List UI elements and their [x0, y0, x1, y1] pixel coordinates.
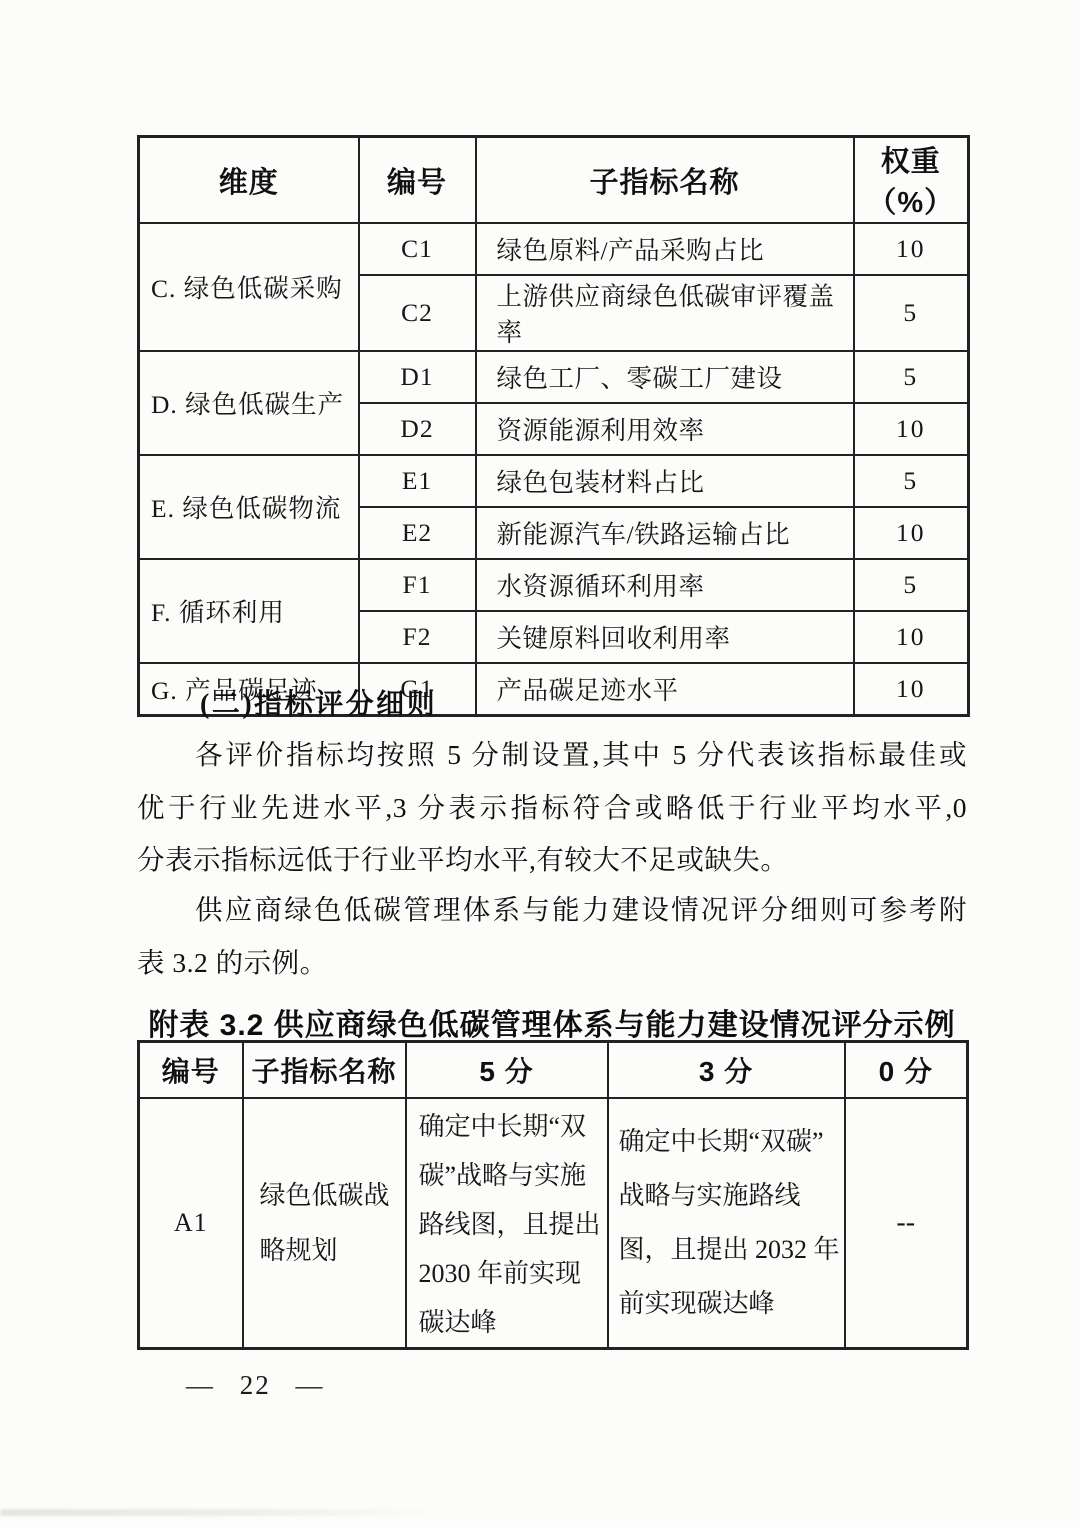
indicator-weight-table: 维度 编号 子指标名称 权重（%） C. 绿色低碳采购C1绿色原料/产品采购占比…: [137, 135, 970, 717]
weight-cell: 5: [854, 455, 969, 507]
scan-smudge-artifact: [0, 1509, 440, 1516]
indicator-name-cell: 产品碳足迹水平: [476, 663, 854, 715]
cell-line: 绿色低碳战: [260, 1168, 404, 1223]
cell-line: 碳达峰: [419, 1298, 605, 1347]
body-text-line: 表 3.2 的示例。: [137, 937, 967, 990]
table2-body: A1绿色低碳战略规划确定中长期“双碳”战略与实施路线图，且提出2030 年前实现…: [139, 1098, 968, 1349]
col-header-code: 编号: [359, 137, 476, 224]
dimension-cell: F. 循环利用: [139, 559, 359, 663]
code-cell: E1: [359, 455, 476, 507]
cell-line: 路线图，且提出: [419, 1200, 605, 1249]
weight-cell: 10: [854, 223, 969, 275]
weight-cell: 5: [854, 351, 969, 403]
code-cell: C1: [359, 223, 476, 275]
indicator-row: D. 绿色低碳生产D1绿色工厂、零碳工厂建设5: [139, 351, 969, 403]
indicator-row: C. 绿色低碳采购C1绿色原料/产品采购占比10: [139, 223, 969, 275]
indicator-name-cell: 资源能源利用效率: [476, 403, 854, 455]
col-header-weight: 权重（%）: [854, 137, 969, 224]
indicator-name-cell: 水资源循环利用率: [476, 559, 854, 611]
weight-cell: 5: [854, 275, 969, 351]
paragraph-reference-note: 供应商绿色低碳管理体系与能力建设情况评分细则可参考附表 3.2 的示例。: [137, 884, 967, 989]
table2-header-row: 编号 子指标名称 5 分 3 分 0 分: [139, 1042, 968, 1098]
cell-line: 碳”战略与实施: [419, 1151, 605, 1200]
cell-line: 图，且提出 2032 年: [619, 1223, 842, 1277]
weight-cell: 10: [854, 507, 969, 559]
code-cell: E2: [359, 507, 476, 559]
weight-cell: 10: [854, 611, 969, 663]
weight-cell: 10: [854, 403, 969, 455]
weight-cell: 10: [854, 663, 969, 715]
weight-cell: 5: [854, 559, 969, 611]
indicator-name-cell: 绿色原料/产品采购占比: [476, 223, 854, 275]
col-header-score3: 3 分: [608, 1042, 845, 1098]
indicator-name-cell: 绿色包装材料占比: [476, 455, 854, 507]
indicator-name-cell: 上游供应商绿色低碳审评覆盖率: [476, 275, 854, 351]
code-cell: F2: [359, 611, 476, 663]
indicator-name-cell: 新能源汽车/铁路运输占比: [476, 507, 854, 559]
code-cell: D1: [359, 351, 476, 403]
code-cell: F1: [359, 559, 476, 611]
cell-line: 2030 年前实现: [419, 1249, 605, 1298]
body-text-line: 优于行业先进水平,3 分表示指标符合或略低于行业平均水平,0: [137, 782, 967, 835]
body-text-line: 供应商绿色低碳管理体系与能力建设情况评分细则可参考附: [137, 884, 967, 937]
indicator-row: E. 绿色低碳物流E1绿色包装材料占比5: [139, 455, 969, 507]
body-text-line: 分表示指标远低于行业平均水平,有较大不足或缺失。: [137, 834, 967, 887]
score0-criteria-cell: --: [845, 1098, 968, 1349]
table2-title: 附表 3.2 供应商绿色低碳管理体系与能力建设情况评分示例: [137, 1000, 967, 1044]
table1-body: C. 绿色低碳采购C1绿色原料/产品采购占比10C2上游供应商绿色低碳审评覆盖率…: [139, 223, 969, 715]
col-header-score5: 5 分: [406, 1042, 608, 1098]
cell-line: 确定中长期“双: [419, 1102, 605, 1151]
body-text-line: 各评价指标均按照 5 分制设置,其中 5 分代表该指标最佳或: [137, 729, 967, 782]
cell-line: 确定中长期“双碳”: [619, 1115, 842, 1169]
dimension-cell: C. 绿色低碳采购: [139, 223, 359, 351]
code-cell: D2: [359, 403, 476, 455]
dimension-cell: D. 绿色低碳生产: [139, 351, 359, 455]
col-header-code2: 编号: [139, 1042, 243, 1098]
paragraph-scoring-rules: 各评价指标均按照 5 分制设置,其中 5 分代表该指标最佳或优于行业先进水平,3…: [137, 729, 967, 887]
section-heading: (二)指标评分细则: [200, 682, 437, 722]
dimension-cell: E. 绿色低碳物流: [139, 455, 359, 559]
document-page: 维度 编号 子指标名称 权重（%） C. 绿色低碳采购C1绿色原料/产品采购占比…: [0, 0, 1080, 1527]
row-code-cell: A1: [139, 1098, 243, 1349]
indicator-name-cell: 绿色工厂、零碳工厂建设: [476, 351, 854, 403]
table1-header-row: 维度 编号 子指标名称 权重（%）: [139, 137, 969, 224]
score5-criteria-cell: 确定中长期“双碳”战略与实施路线图，且提出2030 年前实现碳达峰: [406, 1098, 608, 1349]
cell-line: 战略与实施路线: [619, 1169, 842, 1223]
col-header-score0: 0 分: [845, 1042, 968, 1098]
indicator-row: F. 循环利用F1水资源循环利用率5: [139, 559, 969, 611]
page-number: — 22 —: [186, 1370, 325, 1401]
scoring-example-table: 编号 子指标名称 5 分 3 分 0 分 A1绿色低碳战略规划确定中长期“双碳”…: [137, 1040, 969, 1350]
cell-line: 前实现碳达峰: [619, 1277, 842, 1331]
score3-criteria-cell: 确定中长期“双碳”战略与实施路线图，且提出 2032 年前实现碳达峰: [608, 1098, 845, 1349]
col-header-name: 子指标名称: [476, 137, 854, 224]
scoring-row: A1绿色低碳战略规划确定中长期“双碳”战略与实施路线图，且提出2030 年前实现…: [139, 1098, 968, 1349]
code-cell: C2: [359, 275, 476, 351]
subindicator-name-cell: 绿色低碳战略规划: [243, 1098, 406, 1349]
cell-line: 略规划: [260, 1223, 404, 1278]
col-header-dimension: 维度: [139, 137, 359, 224]
indicator-name-cell: 关键原料回收利用率: [476, 611, 854, 663]
col-header-subindicator: 子指标名称: [243, 1042, 406, 1098]
